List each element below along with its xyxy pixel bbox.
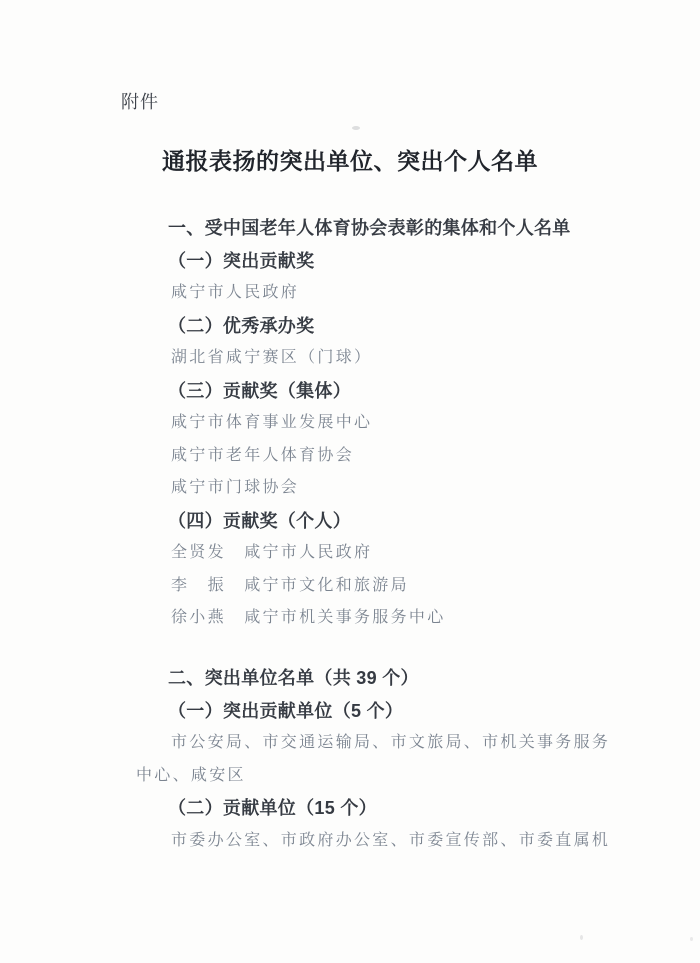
award-heading-outstanding-contribution: （一）突出贡献奖 bbox=[136, 245, 626, 278]
section-2-heading: 二、突出单位名单（共 39 个） bbox=[136, 662, 626, 695]
unit-list-line-3: 市委办公室、市政府办公室、市委宣传部、市委直属机 bbox=[136, 825, 626, 858]
page-title: 通报表扬的突出单位、突出个人名单 bbox=[0, 143, 700, 176]
section-1-heading: 一、受中国老年人体育协会表彰的集体和个人名单 bbox=[136, 212, 626, 245]
scanned-document-page: 附件 通报表扬的突出单位、突出个人名单 一、受中国老年人体育协会表彰的集体和个人… bbox=[0, 0, 700, 963]
entry-senior-sports-association: 咸宁市老年人体育协会 bbox=[136, 440, 626, 473]
scan-artifact-speck bbox=[580, 935, 583, 940]
entry-gateball-association: 咸宁市门球协会 bbox=[136, 472, 626, 505]
award-heading-excellent-hosting: （二）优秀承办奖 bbox=[136, 310, 626, 343]
unit-heading-outstanding-contribution-units: （一）突出贡献单位（5 个） bbox=[136, 695, 626, 728]
award-heading-contribution-individual: （四）贡献奖（个人） bbox=[136, 505, 626, 538]
award-heading-contribution-collective: （三）贡献奖（集体） bbox=[136, 375, 626, 408]
entry-xianning-municipal-government: 咸宁市人民政府 bbox=[136, 277, 626, 310]
entry-hubei-xianning-competition-zone: 湖北省咸宁赛区（门球） bbox=[136, 342, 626, 375]
entry-person-li-zhen: 李 振 咸宁市文化和旅游局 bbox=[136, 570, 626, 603]
entry-person-xu-xiaoyan: 徐小燕 咸宁市机关事务服务中心 bbox=[136, 602, 626, 635]
scan-artifact-speck bbox=[690, 937, 693, 941]
unit-list-line-1: 市公安局、市交通运输局、市文旅局、市机关事务服务 bbox=[136, 727, 626, 760]
unit-heading-contribution-units: （二）贡献单位（15 个） bbox=[136, 792, 626, 825]
scan-artifact-speck bbox=[352, 126, 360, 130]
document-body: 一、受中国老年人体育协会表彰的集体和个人名单 （一）突出贡献奖 咸宁市人民政府 … bbox=[136, 212, 626, 857]
entry-sports-development-center: 咸宁市体育事业发展中心 bbox=[136, 407, 626, 440]
entry-person-quan-xianfa: 全贤发 咸宁市人民政府 bbox=[136, 537, 626, 570]
section-gap bbox=[136, 635, 626, 663]
attachment-label: 附件 bbox=[121, 88, 159, 114]
unit-list-line-2: 中心、咸安区 bbox=[136, 760, 626, 793]
